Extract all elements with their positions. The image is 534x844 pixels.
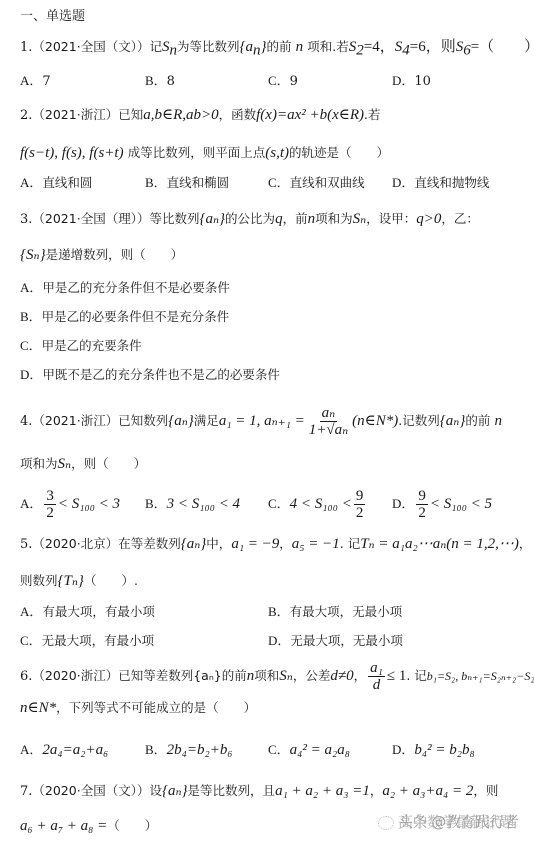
math-expr: Sₙ xyxy=(58,456,72,472)
option-text: 10 xyxy=(414,74,431,89)
q1-option-d: D．10 xyxy=(392,72,431,91)
stem-text: .若 xyxy=(364,107,380,122)
math-expr: Sₙ xyxy=(279,668,293,684)
option-text: 直线和圆 xyxy=(42,175,92,190)
math-eq: =6，则 xyxy=(410,39,456,55)
stem-text: 的轨迹是（ ） xyxy=(289,145,389,160)
math-expr: a₁ + a₂ + a₃ =1 xyxy=(275,783,370,799)
q3-option-b: B．甲是乙的必要条件但不是充分条件 xyxy=(20,308,229,327)
wechat-icon xyxy=(378,816,394,830)
question-source: （2021·全国（文）） xyxy=(32,39,149,54)
fraction-denominator: 1+√aₙ xyxy=(307,422,350,438)
math-expr: (s,t) xyxy=(265,145,289,161)
stem-text: 设 xyxy=(149,783,162,798)
fraction-denominator: d xyxy=(371,677,383,693)
option-text: 4 < S₁₀₀ < xyxy=(290,496,352,512)
q6-option-c: C．a₄² = a₂a₈ xyxy=(268,741,350,760)
stem-text: 已知数列 xyxy=(118,413,168,428)
option-label: A． xyxy=(20,73,42,88)
math-expr: n xyxy=(495,413,503,429)
q6-option-a: A．2a₄=a₂+a₆ xyxy=(20,741,108,760)
stem-text: 项和 xyxy=(254,668,279,683)
q1-option-c: C．9 xyxy=(268,72,298,91)
question-number: 5. xyxy=(20,537,32,552)
question-number: 7. xyxy=(20,784,32,799)
option-label: D． xyxy=(392,496,414,511)
stem-text: 的前 xyxy=(266,39,291,54)
option-text: 直线和椭圆 xyxy=(167,175,230,190)
question-source: （2021·全国（理）） xyxy=(32,211,149,226)
stem-text: ，前 xyxy=(283,211,308,226)
option-label: C． xyxy=(268,73,290,88)
stem-text: 是等比数列，且 xyxy=(188,783,276,798)
math-expr: a₂ + a₃+a₄ = 2 xyxy=(382,783,473,799)
stem-text: ，下列等式不可能成立的是（ ） xyxy=(56,700,256,715)
math-expr: {aₙ} xyxy=(199,211,225,227)
option-text: 甲是乙的充分条件但不是必要条件 xyxy=(42,280,230,295)
option-label: A． xyxy=(20,604,42,619)
stem-text: ，则（ ） xyxy=(71,456,146,471)
option-text: 8 xyxy=(167,74,175,89)
stem-text: . 记 xyxy=(406,668,426,683)
math-expr: Tₙ = a₁a₂⋯aₙ(n = 1,2,⋯) xyxy=(360,536,519,552)
math-expr: a₁ = −9 xyxy=(231,536,279,552)
math-expr: ≤ 1 xyxy=(387,668,406,684)
stem-text: 的前 xyxy=(465,413,490,428)
q5-option-b: B．有最大项，无最小项 xyxy=(268,603,402,622)
option-text: 9 xyxy=(290,74,298,89)
math-n: n xyxy=(296,39,304,55)
question-3-stem-line2: {Sₙ}是递增数列，则（ ） xyxy=(20,246,183,265)
watermark-line2: 头条 @教育践行者 xyxy=(398,811,518,832)
question-3-stem-line1: 3.（2021·全国（理））等比数列{aₙ}的公比为q，前n项和为Sₙ，设甲：q… xyxy=(20,210,479,229)
math-expr: q xyxy=(275,211,283,227)
option-label: A． xyxy=(20,175,42,190)
answer-blank: =（ ） xyxy=(471,39,534,55)
question-source: （2020·北京） xyxy=(32,536,118,551)
math-expr: n∈N* xyxy=(20,700,56,716)
fraction-denominator: 2 xyxy=(354,505,366,521)
math-expr: (n∈N*) xyxy=(352,413,398,429)
math-set: {a xyxy=(239,39,253,55)
stem-text: （ ）. xyxy=(84,573,138,588)
option-text: < S₁₀₀ < 5 xyxy=(430,496,492,512)
option-text: 无最大项，无最小项 xyxy=(290,633,403,648)
q2-option-a: A．直线和圆 xyxy=(20,174,92,193)
option-label: D． xyxy=(268,633,290,648)
q2-option-b: B．直线和椭圆 xyxy=(145,174,229,193)
stem-text: ，则 xyxy=(473,783,498,798)
math-expr: a₅ = −1 xyxy=(292,536,340,552)
stem-text: 的公比为 xyxy=(225,211,275,226)
stem-text: . 记 xyxy=(340,536,360,551)
question-2-stem-line1: 2.（2021·浙江）已知a,b∈R,ab>0，函数f(x)=ax² +b(x∈… xyxy=(20,106,381,125)
fraction: 92 xyxy=(416,488,428,521)
option-text: 无最大项，有最小项 xyxy=(42,633,155,648)
stem-text: ， xyxy=(519,536,532,551)
fraction-numerator: 9 xyxy=(354,488,366,505)
q5-option-d: D．无最大项，无最小项 xyxy=(268,632,403,651)
math-expr: {Sₙ} xyxy=(20,247,46,263)
option-label: D． xyxy=(392,175,414,190)
q2-option-d: D．直线和抛物线 xyxy=(392,174,489,193)
math-expr: f(s−t), f(s), f(s+t) xyxy=(20,145,124,161)
question-7-stem-line2: a₆ + a₇ + a₈ =（ ） xyxy=(20,817,157,836)
stem-text: ， xyxy=(370,783,383,798)
math-sub: 6 xyxy=(463,43,471,59)
stem-text: ，公差 xyxy=(293,668,331,683)
option-text: 直线和双曲线 xyxy=(290,175,365,190)
q3-option-d: D．甲既不是乙的充分条件也不是乙的必要条件 xyxy=(20,366,280,385)
option-text: 2b₄=b₂+b₆ xyxy=(167,742,233,758)
math-expr: a₁ = 1, aₙ₊₁ = xyxy=(219,413,305,429)
question-number: 2. xyxy=(20,108,32,123)
stem-text: 是递增数列，则（ ） xyxy=(46,247,184,262)
option-text: 直线和抛物线 xyxy=(414,175,489,190)
math-expr: f(x)=ax² +b(x∈R) xyxy=(256,107,364,123)
option-text: a₄² = a₂a₈ xyxy=(290,742,350,758)
math-expr: {Tₙ} xyxy=(58,573,84,589)
q1-option-a: A．7 xyxy=(20,72,51,91)
option-label: B． xyxy=(145,742,167,757)
stem-text: 则数列 xyxy=(20,573,58,588)
question-1-stem: 1.（2021·全国（文））记Sn为等比数列{an}的前 n 项和.若S2=4，… xyxy=(20,38,534,60)
option-label: D． xyxy=(392,73,414,88)
q5-option-a: A．有最大项，有最小项 xyxy=(20,603,155,622)
stem-text: 项和为 xyxy=(20,456,58,471)
option-label: A． xyxy=(20,496,42,511)
math-expr: {aₙ} xyxy=(440,413,466,429)
question-source: （2021·浙江） xyxy=(32,107,118,122)
math-expr: b₁=S₂, bₙ₊₁=S₂ₙ₊₂−S₂ₙ xyxy=(427,669,534,683)
stem-text: 已知等差数列{aₙ}的前 xyxy=(118,668,247,683)
question-source: （2020·全国（文）） xyxy=(32,783,149,798)
question-6-stem-line1: 6.（2020·浙江）已知等差数列{aₙ}的前n项和Sₙ，公差d≠0，a₁d≤ … xyxy=(20,658,534,695)
fraction: aₙ1+√aₙ xyxy=(307,405,350,438)
option-label: B． xyxy=(145,175,167,190)
stem-text: 成等比数列，则平面上点 xyxy=(128,145,266,160)
question-source: （2021·浙江） xyxy=(32,413,118,428)
option-label: B． xyxy=(145,496,167,511)
stem-text: ， xyxy=(279,536,292,551)
stem-text: 等比数列 xyxy=(149,211,199,226)
option-label: C． xyxy=(268,175,290,190)
q6-option-d: D．b₄² = b₂b₈ xyxy=(392,741,475,760)
question-5-stem-line1: 5.（2020·北京）在等差数列{aₙ}中，a₁ = −9，a₅ = −1. 记… xyxy=(20,535,531,554)
fraction: 32 xyxy=(44,488,56,521)
question-4-stem-line2: 项和为Sₙ，则（ ） xyxy=(20,455,146,474)
math-expr: a₆ + a₇ + a₈ = xyxy=(20,818,107,834)
option-label: B． xyxy=(145,73,167,88)
section-title: 一、单选题 xyxy=(20,8,85,26)
fraction-numerator: 9 xyxy=(416,488,428,505)
q3-option-c: C．甲是乙的充要条件 xyxy=(20,337,142,356)
option-text: 7 xyxy=(42,74,50,89)
stem-text: 项和为 xyxy=(315,211,353,226)
question-4-stem-line1: 4.（2021·浙江）已知数列{aₙ}满足a₁ = 1, aₙ₊₁ =aₙ1+√… xyxy=(20,401,502,442)
option-text: 甲是乙的充要条件 xyxy=(42,338,142,353)
fraction-numerator: a₁ xyxy=(368,660,385,677)
q5-option-c: C．无最大项，有最小项 xyxy=(20,632,154,651)
watermark: 高中数学最新试题 头条 @教育践行者 xyxy=(378,811,514,832)
stem-text: .记数列 xyxy=(398,413,439,428)
q1-option-b: B．8 xyxy=(145,72,175,91)
stem-text: 记 xyxy=(149,39,162,54)
fraction-denominator: 2 xyxy=(416,505,428,521)
fraction-numerator: aₙ xyxy=(320,405,338,422)
option-label: D． xyxy=(392,742,414,757)
stem-text: ，乙： xyxy=(441,211,479,226)
math-expr: n xyxy=(308,211,316,227)
math-expr: {aₙ} xyxy=(162,783,188,799)
math-sub: n xyxy=(169,43,177,59)
option-text: < S₁₀₀ < 3 xyxy=(58,496,120,512)
q4-option-b: B．3 < S₁₀₀ < 4 xyxy=(145,487,240,522)
option-label: B． xyxy=(20,309,42,324)
math-expr: {aₙ} xyxy=(181,536,207,552)
option-text: 3 < S₁₀₀ < 4 xyxy=(167,496,240,512)
option-label: A． xyxy=(20,742,42,757)
question-number: 4. xyxy=(20,414,32,429)
option-label: C． xyxy=(20,338,42,353)
question-5-stem-line2: 则数列{Tₙ}（ ）. xyxy=(20,572,138,591)
q4-option-c: C．4 < S₁₀₀ <92 xyxy=(268,487,367,522)
stem-text: ，函数 xyxy=(219,107,257,122)
option-text: 甲是乙的必要条件但不是充分条件 xyxy=(42,309,230,324)
fraction: 92 xyxy=(354,488,366,521)
fraction-denominator: 2 xyxy=(44,505,56,521)
q4-option-d: D．92< S₁₀₀ < 5 xyxy=(392,487,492,522)
q4-option-a: A．32< S₁₀₀ < 3 xyxy=(20,487,120,522)
option-label: D． xyxy=(20,367,42,382)
option-label: C． xyxy=(20,633,42,648)
option-text: 2a₄=a₂+a₆ xyxy=(42,742,108,758)
option-text: 甲既不是乙的充分条件也不是乙的必要条件 xyxy=(42,367,280,382)
option-label: B． xyxy=(268,604,290,619)
question-source: （2020·浙江） xyxy=(32,668,118,683)
q6-option-b: B．2b₄=b₂+b₆ xyxy=(145,741,233,760)
stem-text: 中， xyxy=(206,536,231,551)
math-expr: d≠0 xyxy=(330,668,353,684)
fraction-numerator: 3 xyxy=(44,488,56,505)
stem-text: （ ） xyxy=(107,818,157,833)
math-expr: Sₙ xyxy=(353,211,367,227)
option-label: C． xyxy=(268,496,290,511)
math-expr: a,b∈R,ab>0 xyxy=(143,107,218,123)
question-2-stem-line2: f(s−t), f(s), f(s+t) 成等比数列，则平面上点(s,t)的轨迹… xyxy=(20,144,389,163)
math-sub: 4 xyxy=(402,43,410,59)
math-eq: =4， xyxy=(364,39,395,55)
question-number: 6. xyxy=(20,669,32,684)
option-text: 有最大项，有最小项 xyxy=(42,604,155,619)
q2-option-c: C．直线和双曲线 xyxy=(268,174,365,193)
stem-text: 项和.若 xyxy=(307,39,348,54)
question-6-stem-line2: n∈N*，下列等式不可能成立的是（ ） xyxy=(20,699,256,718)
option-label: A． xyxy=(20,280,42,295)
option-text: 有最大项，无最小项 xyxy=(290,604,403,619)
question-7-stem-line1: 7.（2020·全国（文））设{aₙ}是等比数列，且a₁ + a₂ + a₃ =… xyxy=(20,782,498,801)
math-expr: {aₙ} xyxy=(168,413,194,429)
option-text: b₄² = b₂b₈ xyxy=(414,742,474,758)
question-number: 1. xyxy=(20,40,32,55)
option-label: C． xyxy=(268,742,290,757)
stem-text: 在等差数列 xyxy=(118,536,181,551)
stem-text: ， xyxy=(354,668,367,683)
stem-text: ，设甲： xyxy=(366,211,416,226)
stem-text: 满足 xyxy=(194,413,219,428)
stem-text: 已知 xyxy=(118,107,143,122)
q3-option-a: A．甲是乙的充分条件但不是必要条件 xyxy=(20,279,230,298)
question-number: 3. xyxy=(20,212,32,227)
fraction: a₁d xyxy=(368,660,385,693)
stem-text: 为等比数列 xyxy=(177,39,240,54)
math-expr: q>0 xyxy=(416,211,441,227)
math-sub: 2 xyxy=(356,43,364,59)
